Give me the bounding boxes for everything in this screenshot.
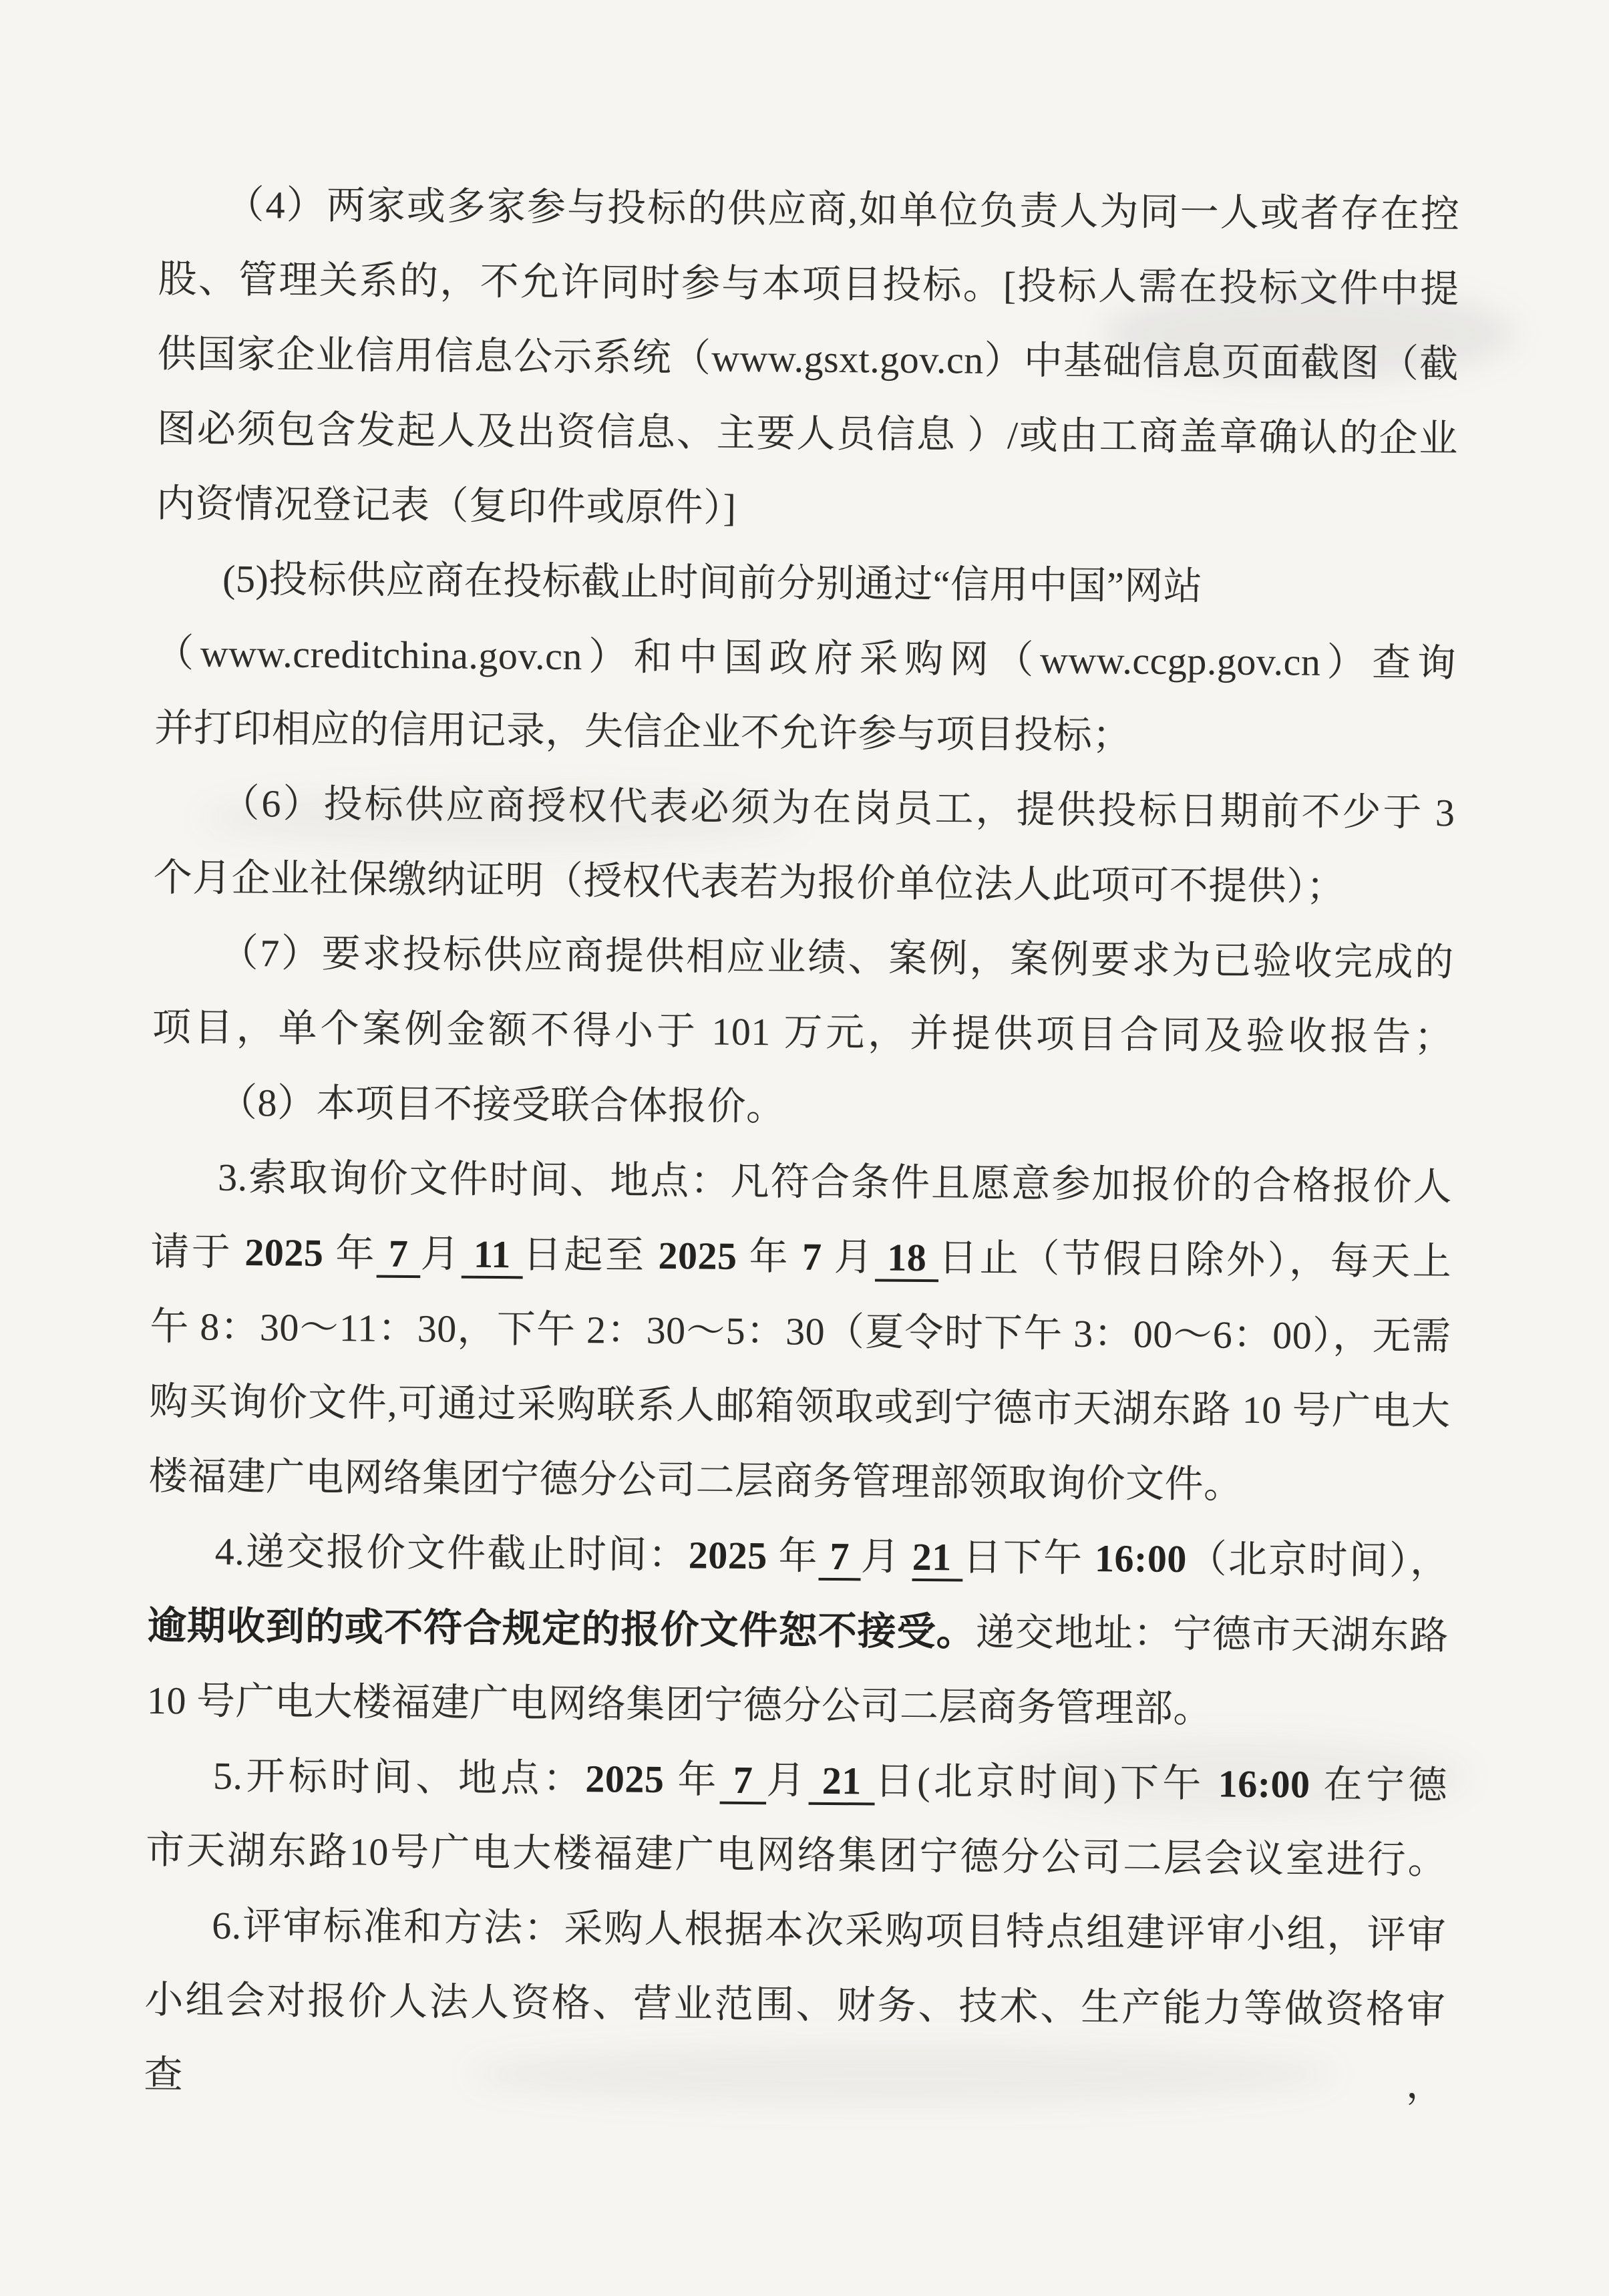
text-line: 10 号广电大楼福建广电网络集团宁德分公司二层商务管理部。 bbox=[147, 1663, 1449, 1748]
fill-in-value: 7 bbox=[720, 1758, 767, 1802]
text-segment: 年 bbox=[664, 1758, 720, 1802]
text-segment: 日起至 bbox=[523, 1233, 659, 1277]
text-line: 请于 2025 年 7 月 11 日起至 2025 年 7 月 18 日止（节假… bbox=[150, 1214, 1452, 1299]
text-segment: 个月企业社保缴纳证明（授权代表若为报价单位法人此项可不提供）； bbox=[153, 856, 1345, 909]
text-line: 6.评审标准和方法：采购人根据本次采购项目特点组建评审小组，评审 bbox=[145, 1888, 1447, 1973]
text-segment: 2025 bbox=[688, 1533, 767, 1577]
text-line: 午 8：30～11：30，下午 2：30～5：30（夏令时下午 3：00～6：0… bbox=[150, 1289, 1451, 1374]
text-line: 逾期收到的或不符合规定的报价文件恕不接受。递交地址：宁德市天湖东路 bbox=[147, 1589, 1449, 1673]
text-segment: 月 bbox=[861, 1534, 913, 1579]
text-line: 图必须包含发起人及出资信息、主要人员信息 ）/或由工商盖章确认的企业 bbox=[156, 391, 1458, 476]
text-segment: 月 bbox=[766, 1758, 809, 1802]
text-segment: 4.递交报价文件截止时间： bbox=[214, 1530, 689, 1577]
text-segment: 日下午 bbox=[962, 1536, 1095, 1581]
text-line: 供国家企业信用信息公示系统（www.gsxt.gov.cn）中基础信息页面截图（… bbox=[157, 317, 1459, 401]
text-segment: 逾期收到的或不符合规定的报价文件恕不接受。 bbox=[148, 1604, 976, 1654]
text-segment: 日(北京时间)下午 bbox=[875, 1759, 1218, 1805]
text-segment: 5.开标时间、地点： bbox=[213, 1754, 586, 1800]
text-line: 购买询价文件,可通过采购联系人邮箱领取或到宁德市天湖东路 10 号广电大 bbox=[149, 1364, 1451, 1449]
text-segment: 年 bbox=[737, 1235, 802, 1279]
text-segment: 2025 bbox=[244, 1231, 324, 1275]
text-line: 股、管理关系的，不允许同时参与本项目投标。[投标人需在投标文件中提 bbox=[158, 242, 1459, 327]
text-segment: （7）要求投标供应商提供相应业绩、案例，案例要求为已验收完成的 bbox=[220, 931, 1454, 985]
text-segment: 递交地址：宁德市天湖东路 bbox=[976, 1611, 1449, 1658]
text-segment: 并打印相应的信用记录，失信企业不允许参与项目投标； bbox=[154, 706, 1131, 757]
fill-in-value: 11 bbox=[462, 1233, 523, 1277]
text-segment: （8）本项目不接受联合体报价。 bbox=[218, 1081, 785, 1129]
text-segment: （6）投标供应商授权代表必须为在岗员工，提供投标日期前不少于 3 bbox=[220, 782, 1455, 835]
text-line: 个月企业社保缴纳证明（授权代表若为报价单位法人此项可不提供）； bbox=[153, 840, 1455, 925]
text-line: 5.开标时间、地点：2025 年 7 月 21 日(北京时间)下午 16:00 … bbox=[146, 1738, 1448, 1823]
text-segment: 项目，单个案例金额不得小于 101 万元，并提供项目合同及验收报告； bbox=[152, 1005, 1453, 1059]
text-line: 4.递交报价文件截止时间：2025 年 7 月 21 日下午 16:00（北京时… bbox=[148, 1514, 1449, 1599]
text-segment: 午 8：30～11：30，下午 2：30～5：30（夏令时下午 3：00～6：0… bbox=[150, 1305, 1451, 1358]
text-segment: （北京时间）， bbox=[1187, 1537, 1449, 1583]
text-segment: 购买询价文件,可通过采购联系人邮箱领取或到宁德市天湖东路 10 号广电大 bbox=[149, 1379, 1450, 1433]
text-segment: 16:00 bbox=[1218, 1762, 1310, 1806]
text-segment: 7 bbox=[802, 1235, 822, 1279]
text-segment: 2025 bbox=[658, 1234, 737, 1278]
text-segment: 市天湖东路10号广电大楼福建广电网络集团宁德分公司二层会议室进行。 bbox=[146, 1828, 1447, 1882]
text-segment: (5)投标供应商在投标截止时间前分别通过“信用中国”网站 bbox=[222, 557, 1203, 609]
text-segment: 年 bbox=[323, 1231, 377, 1275]
text-line: （6）投标供应商授权代表必须为在岗员工，提供投标日期前不少于 3 bbox=[154, 766, 1455, 850]
text-segment: 在宁德 bbox=[1310, 1763, 1447, 1808]
text-segment: 10 号广电大楼福建广电网络集团宁德分公司二层商务管理部。 bbox=[147, 1679, 1212, 1731]
text-line: 市天湖东路10号广电大楼福建广电网络集团宁德分公司二层会议室进行。 bbox=[146, 1813, 1447, 1898]
text-line: 3.索取询价文件时间、地点：凡符合条件且愿意参加报价的合格报价人 bbox=[151, 1140, 1453, 1224]
text-line: 项目，单个案例金额不得小于 101 万元，并提供项目合同及验收报告； bbox=[152, 990, 1453, 1075]
text-segment: 股、管理关系的，不允许同时参与本项目投标。[投标人需在投标文件中提 bbox=[158, 257, 1459, 311]
text-line: 内资情况登记表（复印件或原件）] bbox=[156, 466, 1458, 551]
text-segment: 日止（节假日除外），每天上 bbox=[938, 1236, 1451, 1283]
fill-in-value: 7 bbox=[819, 1534, 862, 1578]
text-segment: 月 bbox=[822, 1235, 875, 1279]
document-page: （4）两家或多家参与投标的供应商,如单位负责人为同一人或者存在控股、管理关系的，… bbox=[0, 0, 1609, 2296]
text-segment: 2025 bbox=[585, 1757, 665, 1801]
text-segment: 供国家企业信用信息公示系统（www.gsxt.gov.cn）中基础信息页面截图（… bbox=[158, 332, 1459, 385]
text-line: （4）两家或多家参与投标的供应商,如单位负责人为同一人或者存在控 bbox=[158, 167, 1460, 252]
text-line: 小组会对报价人法人资格、营业范围、财务、技术、生产能力等做资格审查， bbox=[144, 1963, 1446, 2047]
text-line: 楼福建广电网络集团宁德分公司二层商务管理部领取询价文件。 bbox=[148, 1439, 1450, 1524]
text-segment: 6.评审标准和方法：采购人根据本次采购项目特点组建评审小组，评审 bbox=[212, 1904, 1446, 1957]
fill-in-value: 7 bbox=[377, 1232, 421, 1276]
text-segment: 年 bbox=[767, 1534, 819, 1578]
text-line: (5)投标供应商在投标截止时间前分别通过“信用中国”网站 bbox=[156, 541, 1457, 626]
fill-in-value: 21 bbox=[809, 1759, 875, 1803]
text-segment: （4）两家或多家参与投标的供应商,如单位负责人为同一人或者存在控 bbox=[225, 183, 1459, 236]
text-segment: （www.creditchina.gov.cn）和中国政府采购网（www.ccg… bbox=[155, 631, 1456, 685]
text-line: 并打印相应的信用记录，失信企业不允许参与项目投标； bbox=[154, 691, 1456, 776]
text-segment: 月 bbox=[420, 1232, 462, 1275]
text-segment: 小组会对报价人法人资格、营业范围、财务、技术、生产能力等做资格审查， bbox=[144, 1978, 1445, 2106]
text-segment: 3.索取询价文件时间、地点：凡符合条件且愿意参加报价的合格报价人 bbox=[218, 1156, 1452, 1209]
fill-in-value: 18 bbox=[875, 1235, 939, 1279]
text-line: （8）本项目不接受联合体报价。 bbox=[152, 1065, 1453, 1150]
document-lines: （4）两家或多家参与投标的供应商,如单位负责人为同一人或者存在控股、管理关系的，… bbox=[144, 167, 1460, 2047]
text-segment: 请于 bbox=[150, 1230, 245, 1274]
text-segment: 内资情况登记表（复印件或原件）] bbox=[156, 482, 737, 530]
text-segment: 楼福建广电网络集团宁德分公司二层商务管理部领取询价文件。 bbox=[148, 1454, 1242, 1506]
fill-in-value: 21 bbox=[912, 1535, 963, 1579]
text-line: （www.creditchina.gov.cn）和中国政府采购网（www.ccg… bbox=[155, 616, 1457, 701]
text-segment: 16:00 bbox=[1095, 1536, 1187, 1581]
text-segment: 图必须包含发起人及出资信息、主要人员信息 ）/或由工商盖章确认的企业 bbox=[157, 407, 1458, 460]
text-line: （7）要求投标供应商提供相应业绩、案例，案例要求为已验收完成的 bbox=[152, 915, 1454, 1000]
